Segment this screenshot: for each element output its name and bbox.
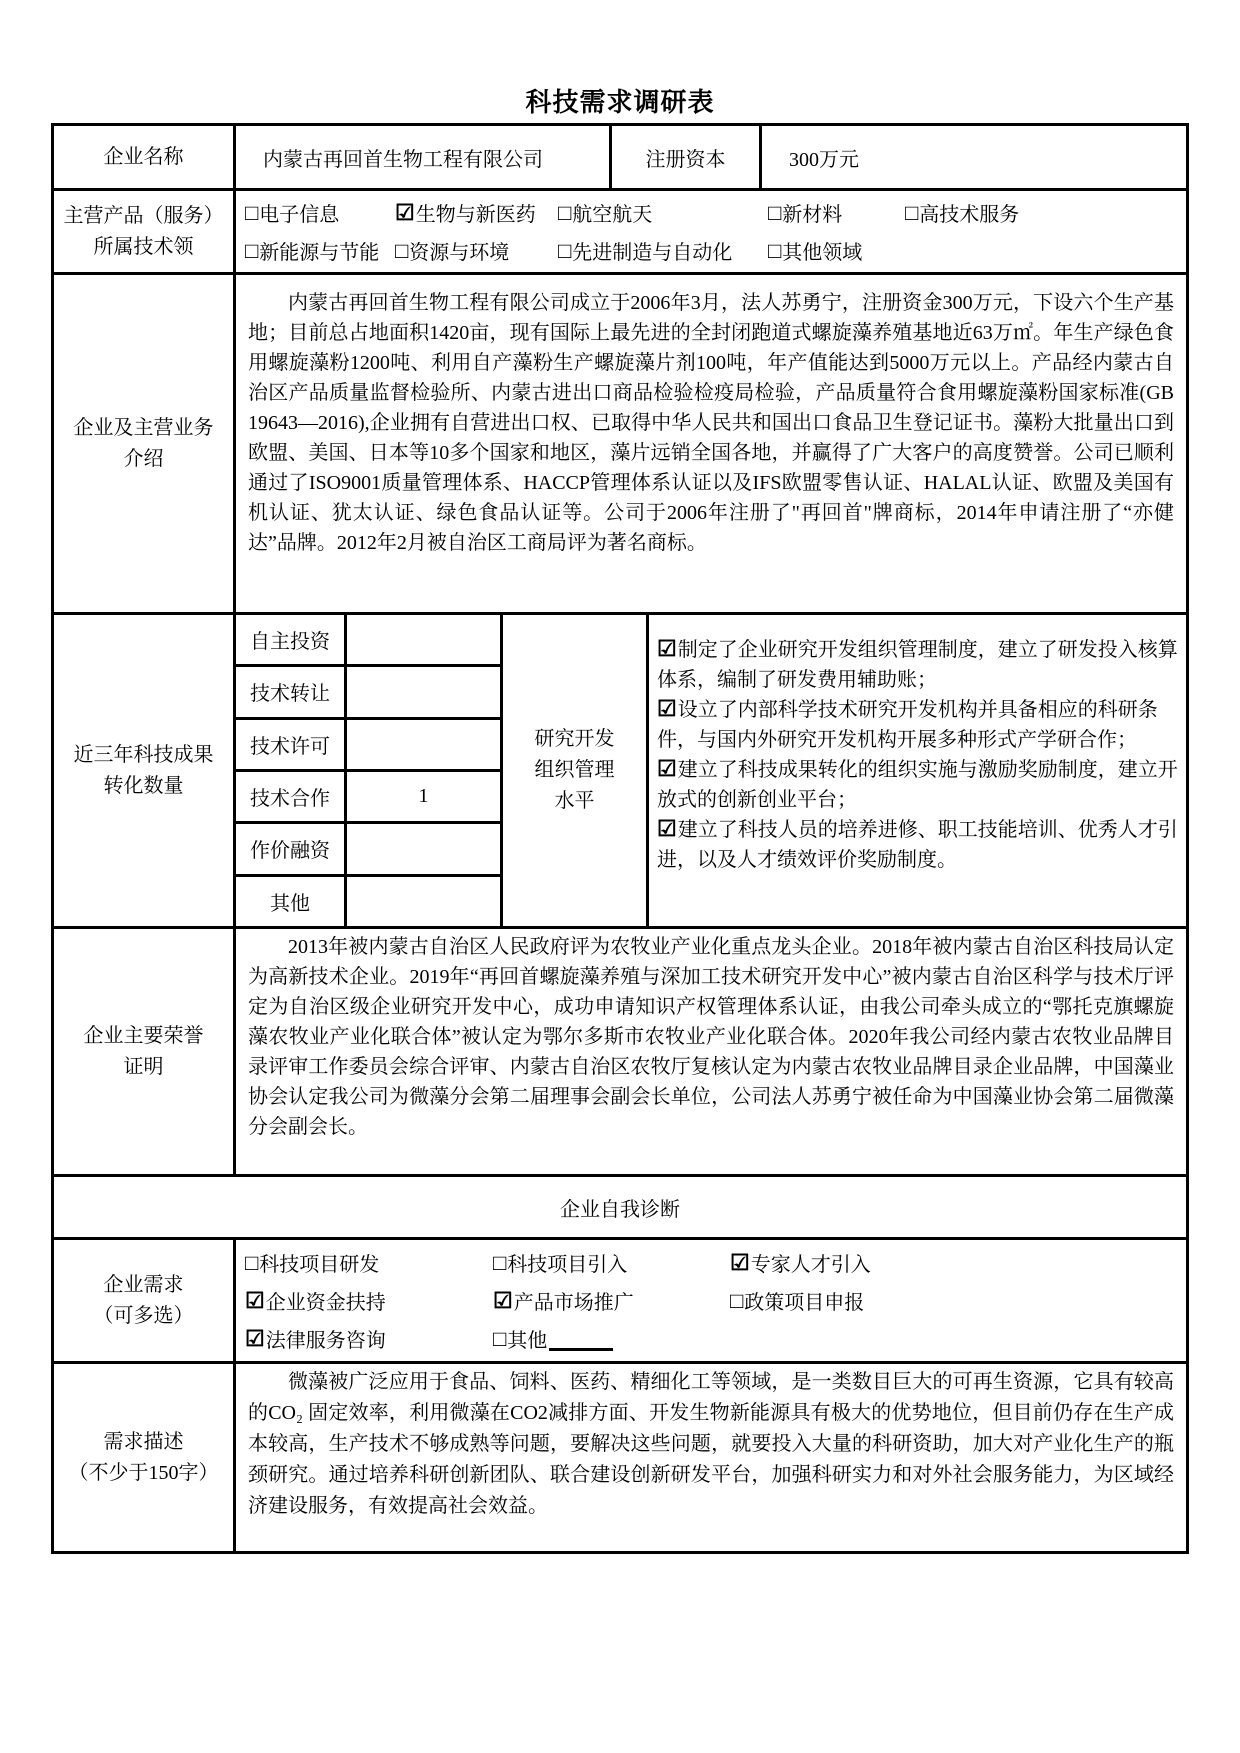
checkbox-label: 科技项目引入	[507, 1248, 627, 1277]
checkbox-tech-project-import[interactable]: □科技项目引入	[493, 1248, 730, 1277]
rd-management-label: 研究开发 组织管理 水平	[503, 615, 649, 926]
checkbox-label: 高技术服务	[919, 198, 1019, 227]
row-achievements: 近三年科技成果 转化数量 自主投资 技术转让 技术许可 技术合作	[54, 612, 1186, 926]
checkbox-transformation-incentive-established[interactable]: ☑建立了科技成果转化的组织实施与激励奖励制度，建立开放式的创新创业平台；	[657, 755, 1178, 815]
transform-label: 技术许可	[236, 720, 347, 769]
checkbox-label: 航空航天	[572, 198, 652, 227]
form-table: 企业名称 内蒙古再回首生物工程有限公司 注册资本 300万元 主营产品（服务） …	[51, 123, 1189, 1554]
demands-options-line3: ☑法律服务咨询 □其他	[245, 1320, 1186, 1358]
checkbox-icon: □	[558, 202, 571, 224]
description-label-line1: 需求描述	[104, 1427, 184, 1458]
rd-management-label-line3: 水平	[555, 786, 595, 817]
checkbox-new-materials[interactable]: □新材料	[768, 198, 905, 227]
demands-options-line1: □科技项目研发 □科技项目引入 ☑专家人才引入	[245, 1244, 1186, 1282]
checkbox-aerospace[interactable]: □航空航天	[558, 198, 768, 227]
checkbox-other-demand[interactable]: □其他	[493, 1324, 613, 1353]
checkbox-tech-project-rd[interactable]: □科技项目研发	[245, 1248, 493, 1277]
checkbox-icon: □	[245, 202, 258, 224]
checkbox-icon: ☑	[657, 696, 677, 721]
checkbox-icon: □	[245, 240, 258, 262]
business-intro-label-line1: 企业及主营业务	[74, 413, 214, 444]
checkbox-rd-system-established[interactable]: ☑制定了企业研究开发组织管理制度，建立了研发投入核算体系，编制了研发费用辅助账；	[657, 635, 1178, 695]
tech-field-options-line1: □电子信息 ☑生物与新医药 □航空航天 □新材料 □高技术服务	[245, 194, 1186, 232]
checkbox-label: 新能源与节能	[259, 236, 379, 265]
checkbox-icon: ☑	[493, 1290, 513, 1312]
transform-value[interactable]	[347, 615, 500, 664]
business-intro-label-line2: 介绍	[124, 444, 164, 475]
checkbox-label: 其他	[507, 1324, 547, 1353]
checkbox-advanced-manufacturing-automation[interactable]: □先进制造与自动化	[558, 236, 768, 265]
checkbox-label: 新材料	[782, 198, 842, 227]
checkbox-icon: □	[730, 1290, 743, 1312]
demands-label-line2: （可多选）	[94, 1301, 194, 1332]
checkbox-label: 产品市场推广	[514, 1286, 634, 1315]
transform-label: 其他	[236, 877, 347, 926]
achievements-subtable: 自主投资 技术转让 技术许可 技术合作 1 作价融资	[236, 615, 503, 926]
company-name-label: 企业名称	[54, 126, 236, 188]
checkbox-product-market-promotion[interactable]: ☑产品市场推广	[493, 1286, 730, 1315]
row-tech-field: 主营产品（服务） 所属技术领 □电子信息 ☑生物与新医药 □航空航天 □新材料 …	[54, 188, 1186, 272]
row-honors: 企业主要荣誉 证明 2013年被内蒙古自治区人民政府评为农牧业产业化重点龙头企业…	[54, 926, 1186, 1174]
checkbox-label: 政策项目申报	[744, 1286, 864, 1315]
checkbox-icon: □	[493, 1328, 506, 1350]
checkbox-label: 资源与环境	[409, 236, 509, 265]
transform-row-valuation-financing: 作价融资	[236, 821, 500, 873]
achievements-label-line1: 近三年科技成果	[74, 740, 214, 771]
checkbox-icon: □	[395, 240, 408, 262]
transform-row-tech-cooperation: 技术合作 1	[236, 769, 500, 821]
checkbox-label: 建立了科技成果转化的组织实施与激励奖励制度，建立开放式的创新创业平台；	[657, 759, 1178, 811]
checkbox-icon: ☑	[730, 1252, 750, 1274]
transform-row-other: 其他	[236, 874, 500, 926]
honors-text-cell: 2013年被内蒙古自治区人民政府评为农牧业产业化重点龙头企业。2018年被内蒙古…	[236, 929, 1186, 1174]
checkbox-label: 先进制造与自动化	[572, 236, 732, 265]
business-intro-label: 企业及主营业务 介绍	[54, 275, 236, 612]
business-intro-paragraph: 内蒙古再回首生物工程有限公司成立于2006年3月，法人苏勇宁，注册资金300万元…	[248, 288, 1174, 558]
checkbox-label: 设立了内部科学技术研究开发机构并具备相应的科研条件，与国内外研究开发机构开展多种…	[657, 699, 1158, 751]
checkbox-enterprise-funding-support[interactable]: ☑企业资金扶持	[245, 1286, 493, 1315]
checkbox-other-fields[interactable]: □其他领域	[768, 236, 862, 265]
description-label: 需求描述 （不少于150字）	[54, 1364, 236, 1551]
demands-options: □科技项目研发 □科技项目引入 ☑专家人才引入 ☑企业资金扶持 ☑产品市场推广 …	[236, 1240, 1186, 1361]
checkbox-bio-new-medicine[interactable]: ☑生物与新医药	[395, 198, 558, 227]
other-demand-blank-field[interactable]	[549, 1326, 613, 1351]
description-label-line2: （不少于150字）	[69, 1458, 219, 1489]
self-diagnosis-title: 企业自我诊断	[54, 1177, 1186, 1237]
checkbox-icon: □	[493, 1252, 506, 1274]
rd-management-checklist: ☑制定了企业研究开发组织管理制度，建立了研发投入核算体系，编制了研发费用辅助账；…	[649, 615, 1186, 926]
checkbox-label: 电子信息	[259, 198, 339, 227]
row-company-basic: 企业名称 内蒙古再回首生物工程有限公司 注册资本 300万元	[54, 126, 1186, 188]
transform-row-self-investment: 自主投资	[236, 615, 500, 664]
description-text-cell: 微藻被广泛应用于食品、饲料、医药、精细化工等领域，是一类数目巨大的可再生资源，它…	[236, 1364, 1186, 1551]
tech-field-label-line1: 主营产品（服务）	[64, 201, 224, 232]
row-self-diagnosis: 企业自我诊断	[54, 1174, 1186, 1237]
transform-value[interactable]	[347, 877, 500, 926]
row-demands: 企业需求 （可多选） □科技项目研发 □科技项目引入 ☑专家人才引入 ☑企业资金…	[54, 1237, 1186, 1361]
tech-field-options: □电子信息 ☑生物与新医药 □航空航天 □新材料 □高技术服务 □新能源与节能 …	[236, 191, 1186, 272]
checkbox-label: 企业资金扶持	[266, 1286, 386, 1315]
checkbox-talent-training-established[interactable]: ☑建立了科技人员的培养进修、职工技能培训、优秀人才引进，以及人才绩效评价奖励制度…	[657, 815, 1178, 875]
transform-row-tech-transfer: 技术转让	[236, 664, 500, 716]
checkbox-icon: □	[768, 240, 781, 262]
checkbox-icon: ☑	[657, 636, 677, 661]
checkbox-label: 专家人才引入	[751, 1248, 871, 1277]
row-description: 需求描述 （不少于150字） 微藻被广泛应用于食品、饲料、医药、精细化工等领域，…	[54, 1361, 1186, 1551]
transform-value[interactable]	[347, 667, 500, 716]
checkbox-label: 科技项目研发	[259, 1248, 379, 1277]
transform-label: 自主投资	[236, 615, 347, 664]
checkbox-icon: ☑	[657, 816, 677, 841]
honors-label-line2: 证明	[124, 1052, 164, 1083]
honors-paragraph: 2013年被内蒙古自治区人民政府评为农牧业产业化重点龙头企业。2018年被内蒙古…	[248, 932, 1174, 1142]
registered-capital-label: 注册资本	[612, 126, 762, 188]
checkbox-icon: □	[245, 1252, 258, 1274]
business-intro-text-cell: 内蒙古再回首生物工程有限公司成立于2006年3月，法人苏勇宁，注册资金300万元…	[236, 275, 1186, 612]
registered-capital-value[interactable]: 300万元	[762, 126, 1186, 188]
checkbox-new-energy-saving[interactable]: □新能源与节能	[245, 236, 395, 265]
checkbox-rd-institution-established[interactable]: ☑设立了内部科学技术研究开发机构并具备相应的科研条件，与国内外研究开发机构开展多…	[657, 695, 1178, 755]
checkbox-icon: ☑	[245, 1328, 265, 1350]
achievements-label: 近三年科技成果 转化数量	[54, 615, 236, 926]
demands-label-line1: 企业需求	[104, 1270, 184, 1301]
checkbox-icon: ☑	[395, 202, 415, 224]
checkbox-icon: □	[905, 202, 918, 224]
transform-value[interactable]	[347, 720, 500, 769]
checkbox-icon: □	[558, 240, 571, 262]
checkbox-policy-project-application[interactable]: □政策项目申报	[730, 1286, 864, 1315]
checkbox-label: 制定了企业研究开发组织管理制度，建立了研发投入核算体系，编制了研发费用辅助账；	[657, 639, 1178, 691]
transform-value[interactable]	[347, 824, 500, 873]
tech-field-options-line2: □新能源与节能 □资源与环境 □先进制造与自动化 □其他领域	[245, 232, 1186, 270]
demands-label: 企业需求 （可多选）	[54, 1240, 236, 1361]
honors-label-line1: 企业主要荣誉	[84, 1021, 204, 1052]
checkbox-resources-environment[interactable]: □资源与环境	[395, 236, 558, 265]
transform-label: 技术转让	[236, 667, 347, 716]
honors-label: 企业主要荣誉 证明	[54, 929, 236, 1174]
transform-value[interactable]: 1	[347, 772, 500, 821]
transform-label: 技术合作	[236, 772, 347, 821]
checkbox-icon: □	[768, 202, 781, 224]
checkbox-icon: ☑	[657, 756, 677, 781]
achievements-label-line2: 转化数量	[104, 771, 184, 802]
tech-field-label-line2: 所属技术领	[94, 232, 194, 263]
transform-label: 作价融资	[236, 824, 347, 873]
transform-row-tech-license: 技术许可	[236, 717, 500, 769]
company-name-value[interactable]: 内蒙古再回首生物工程有限公司	[236, 126, 612, 188]
survey-form-page: 科技需求调研表 企业名称 内蒙古再回首生物工程有限公司 注册资本 300万元 主…	[0, 0, 1240, 1753]
checkbox-electronic-information[interactable]: □电子信息	[245, 198, 395, 227]
rd-management-label-line1: 研究开发	[535, 724, 615, 755]
checkbox-expert-talent-import[interactable]: ☑专家人才引入	[730, 1248, 871, 1277]
checkbox-hightech-services[interactable]: □高技术服务	[905, 198, 1019, 227]
tech-field-label: 主营产品（服务） 所属技术领	[54, 191, 236, 272]
checkbox-label: 建立了科技人员的培养进修、职工技能培训、优秀人才引进，以及人才绩效评价奖励制度。	[657, 819, 1178, 871]
rd-management-label-line2: 组织管理	[535, 755, 615, 786]
page-title: 科技需求调研表	[0, 82, 1240, 119]
demands-options-line2: ☑企业资金扶持 ☑产品市场推广 □政策项目申报	[245, 1282, 1186, 1320]
checkbox-label: 法律服务咨询	[266, 1324, 386, 1353]
checkbox-legal-service-consulting[interactable]: ☑法律服务咨询	[245, 1324, 493, 1353]
description-paragraph: 微藻被广泛应用于食品、饲料、医药、精细化工等领域，是一类数目巨大的可再生资源，它…	[248, 1367, 1174, 1522]
checkbox-label: 其他领域	[782, 236, 862, 265]
checkbox-label: 生物与新医药	[416, 198, 536, 227]
row-business-intro: 企业及主营业务 介绍 内蒙古再回首生物工程有限公司成立于2006年3月，法人苏勇…	[54, 272, 1186, 612]
checkbox-icon: ☑	[245, 1290, 265, 1312]
